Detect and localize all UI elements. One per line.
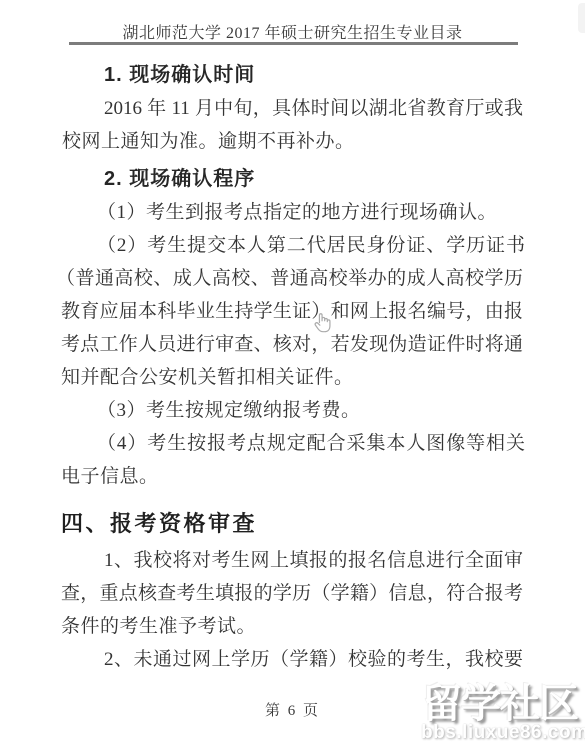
document-page: 湖北师范大学 2017 年硕士研究生招生专业目录 1. 现场确认时间 2016 … [0,0,585,747]
paragraph-line: 条件的考生准予考试。 [61,615,256,638]
hand-pointer-icon [312,310,333,335]
subsection-heading-confirmation-time: 1. 现场确认时间 [104,64,255,87]
scan-edge-artifact [578,3,585,33]
paragraph-line: 考点工作人员进行审查、核对，若发现伪造证件时将通 [61,333,523,357]
paragraph-line: 2016 年 11 月中旬，具体时间以湖北省教育厅或我 [104,97,523,121]
paragraph-line: 查，重点核查考生填报的学历（学籍）信息，符合报考 [61,582,523,606]
subsection-heading-confirmation-procedure: 2. 现场确认程序 [104,168,255,191]
paragraph-line: 电子信息。 [61,465,159,488]
paragraph-line: 2、未通过网上学历（学籍）校验的考生，我校要 [104,648,523,672]
paragraph-line: （1）考生到报考点指定的地方进行现场确认。 [97,201,497,224]
paragraph-line: （3）考生按规定缴纳报考费。 [97,399,361,422]
page-header-title: 湖北师范大学 2017 年硕士研究生招生专业目录 [0,20,585,43]
section-heading-qualification-review: 四、报考资格审查 [61,512,257,535]
paragraph-line: 教育应届本科毕业生持学生证）和网上报名编号，由报 [61,300,523,324]
paragraph-line: （4）考生按报考点规定配合采集本人图像等相关 [97,432,525,456]
header-divider [69,42,518,45]
paragraph-line: 1、我校将对考生网上填报的报名信息进行全面审 [104,549,523,573]
watermark-title: 留学社区 [422,682,578,726]
paragraph-line: 校网上通知为准。逾期不再补办。 [62,130,355,153]
paragraph-line: （2）考生提交本人第二代居民身份证、学历证书 [97,234,525,258]
watermark-url: bbs.liuxue86.com [421,723,585,743]
watermark: 留学社区 bbs.liuxue86.com [420,684,584,746]
paragraph-line: 知并配合公安机关暂扣相关证件。 [61,366,354,389]
paragraph-line: （普通高校、成人高校、普通高校举办的成人高校学历 [56,267,523,291]
